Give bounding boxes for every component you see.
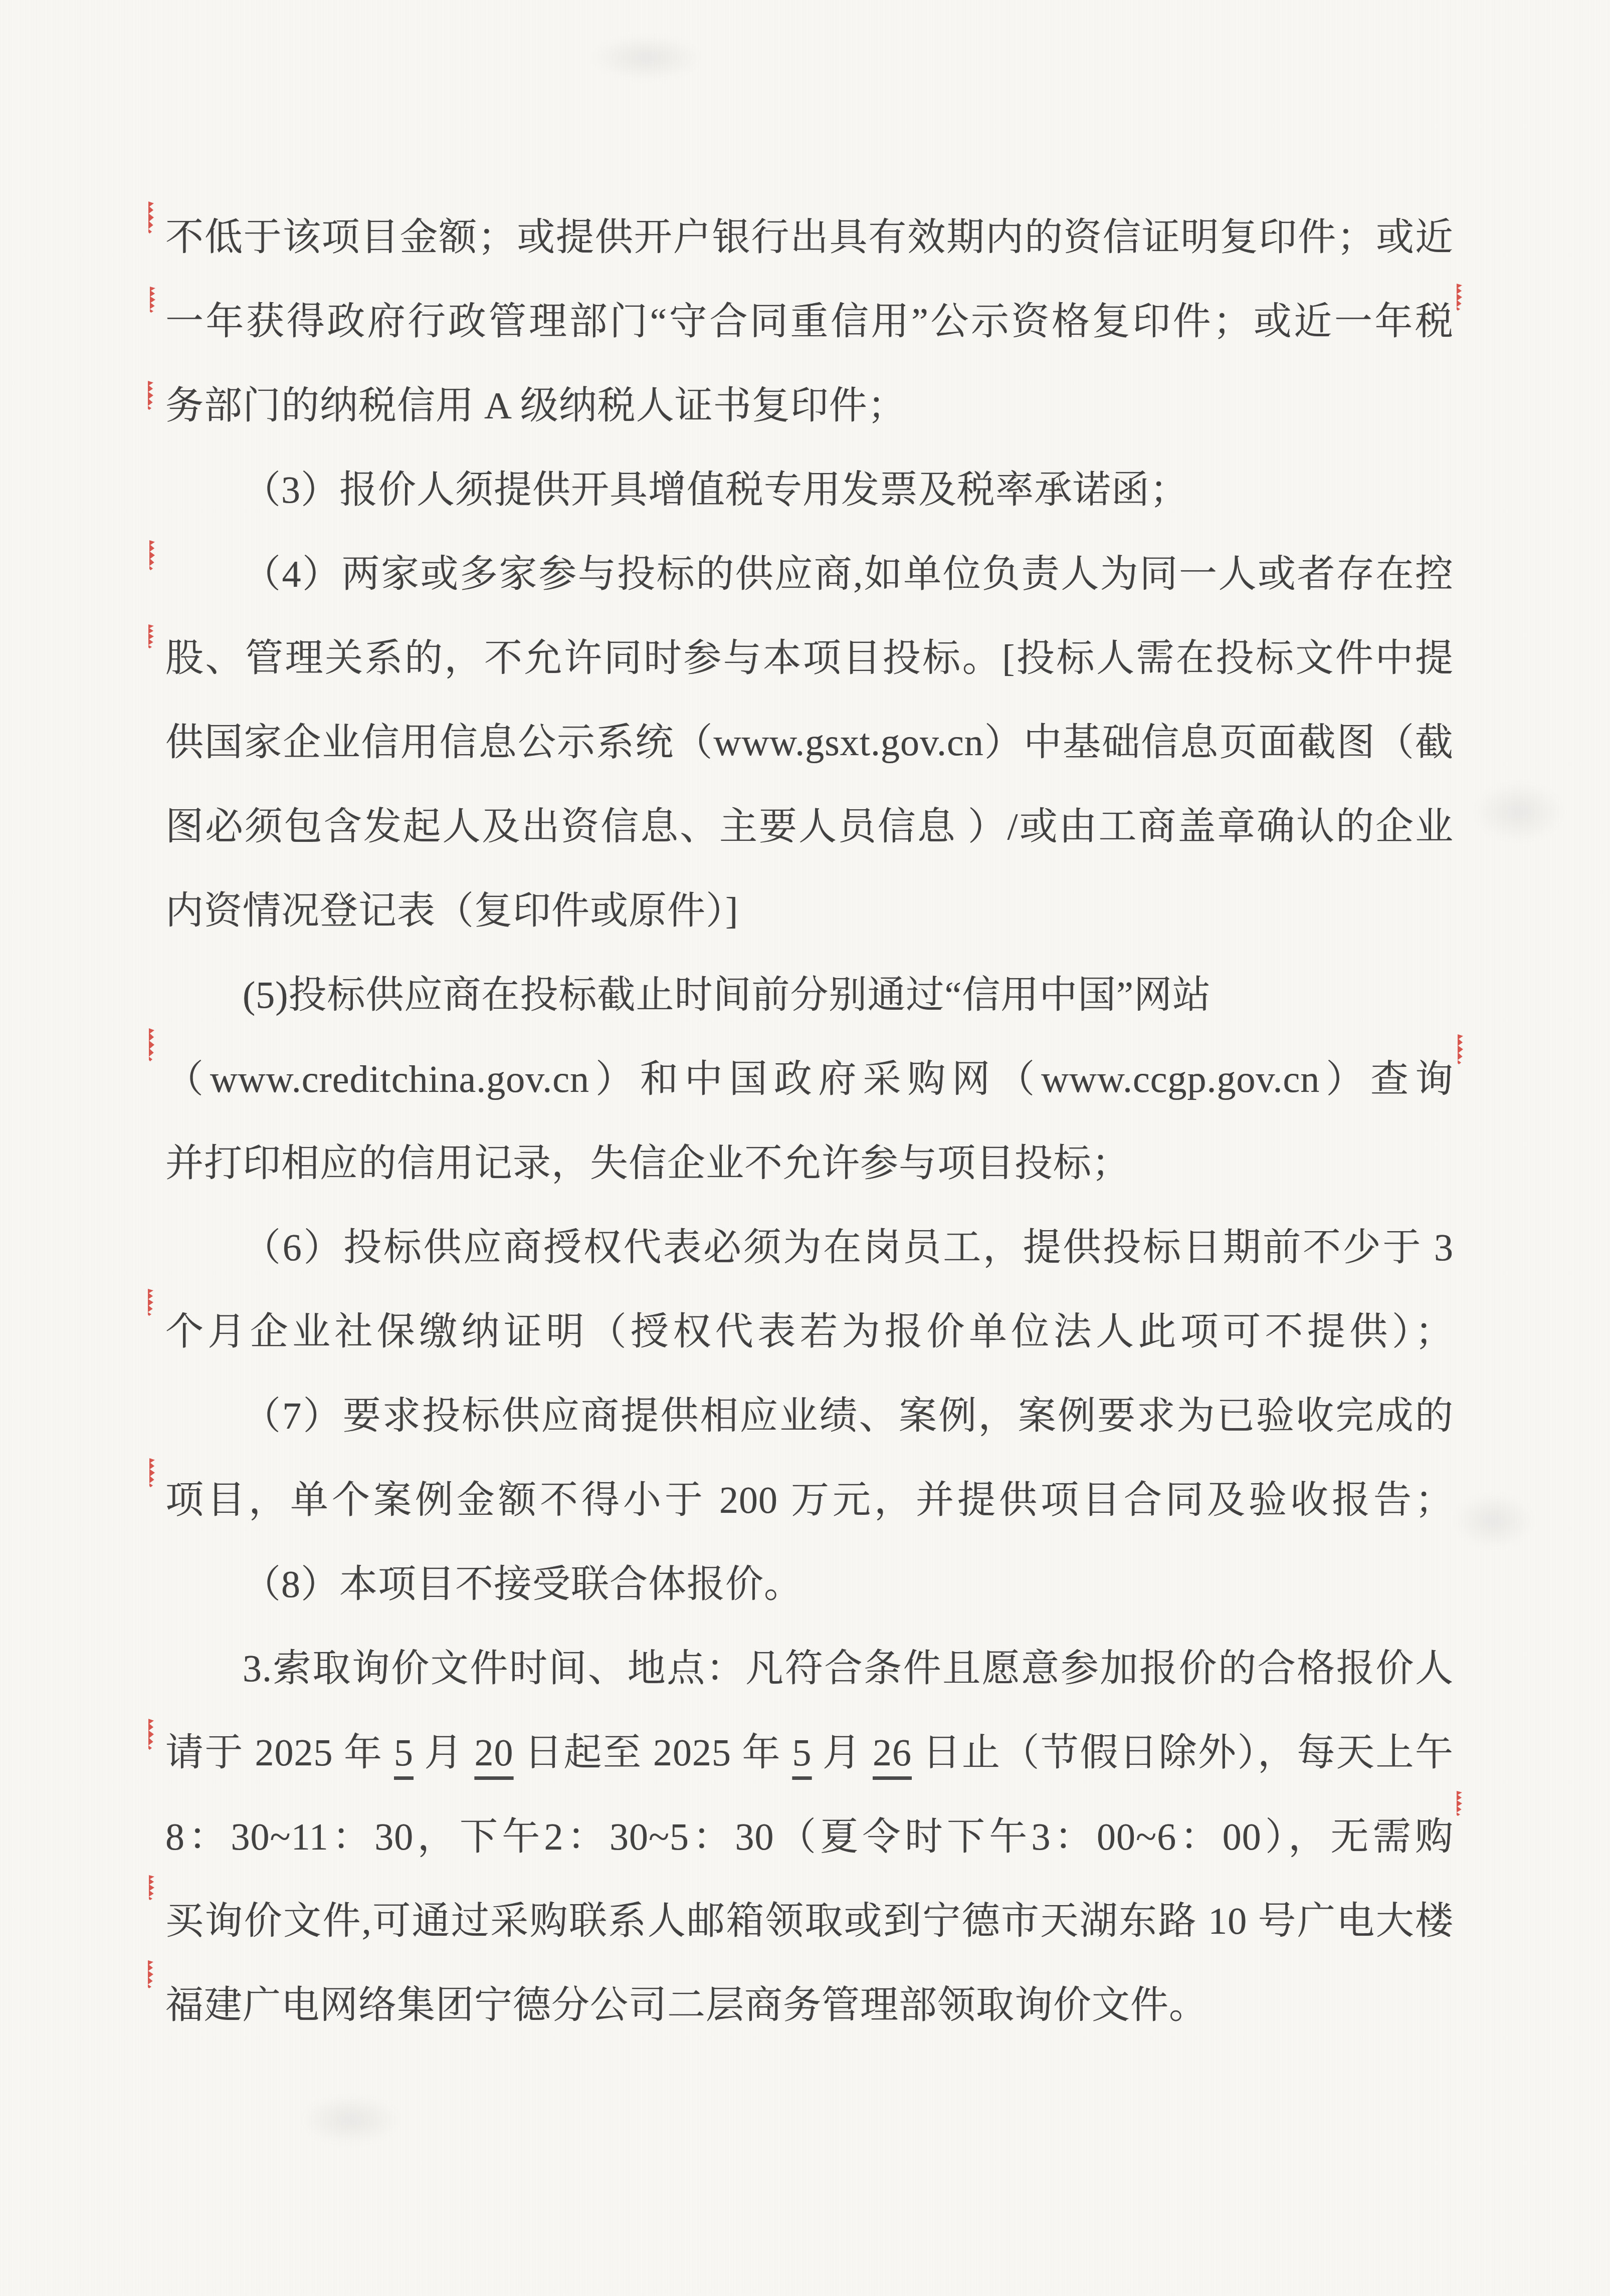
doc-line: 个月企业社保缴纳证明（授权代表若为报价单位法人此项可不提供）； <box>165 1295 1454 1379</box>
doc-line: （6）投标供应商授权代表必须为在岗员工，提供投标日期前不少于 3 <box>165 1211 1454 1295</box>
doc-line: 股、管理关系的，不允许同时参与本项目投标。[投标人需在投标文件中提 <box>165 621 1454 706</box>
doc-line: (5)投标供应商在投标截止时间前分别通过“信用中国”网站 <box>165 958 1454 1042</box>
red-edge-artifact <box>148 624 154 648</box>
doc-line-dates: 请于 2025 年 5 月 20 日起至 2025 年 5 月 26 日止（节假… <box>165 1716 1454 1800</box>
doc-line: （4）两家或多家参与投标的供应商,如单位负责人为同一人或者存在控 <box>165 537 1454 621</box>
doc-line: 内资情况登记表（复印件或原件）] <box>165 874 1454 958</box>
date-text: 日起至 2025 年 <box>514 1732 792 1774</box>
underlined-month-start: 5 <box>394 1732 414 1774</box>
doc-line: 一年获得政府行政管理部门“守合同重信用”公示资格复印件；或近一年税 <box>165 285 1454 369</box>
red-edge-artifact <box>1458 1034 1463 1064</box>
doc-line: （8）本项目不接受联合体报价。 <box>165 1547 1454 1632</box>
smudge <box>1454 1493 1534 1548</box>
document-text-block: 不低于该项目金额；或提供开户银行出具有效期内的资信证明复印件；或近 一年获得政府… <box>165 200 1454 2052</box>
date-text: 月 <box>812 1732 873 1774</box>
underlined-month-end: 5 <box>792 1732 812 1774</box>
doc-line: 不低于该项目金额；或提供开户银行出具有效期内的资信证明复印件；或近 <box>165 200 1454 285</box>
underlined-day-start: 20 <box>475 1732 514 1774</box>
scanned-page: 不低于该项目金额；或提供开户银行出具有效期内的资信证明复印件；或近 一年获得政府… <box>0 0 1610 2296</box>
date-text: 请于 2025 年 <box>165 1732 394 1774</box>
underlined-day-end: 26 <box>873 1732 912 1774</box>
smudge <box>1474 782 1564 842</box>
smudge <box>591 35 702 80</box>
red-edge-artifact <box>1457 1791 1462 1816</box>
date-text: 日止（节假日除外），每天上午 <box>912 1732 1454 1774</box>
red-edge-artifact <box>148 201 154 234</box>
doc-line: 福建广电网络集团宁德分公司二层商务管理部领取询价文件。 <box>165 1968 1454 2052</box>
doc-line: 并打印相应的信用记录，失信企业不允许参与项目投标； <box>165 1126 1454 1211</box>
red-edge-artifact <box>149 1028 154 1061</box>
red-edge-artifact <box>150 287 155 313</box>
doc-line: 8：30~11：30，下午2：30~5：30（夏令时下午3：00~6：00），无… <box>165 1800 1454 1884</box>
red-edge-artifact <box>1457 284 1462 311</box>
red-edge-artifact <box>149 1875 154 1900</box>
red-edge-artifact <box>149 540 155 570</box>
red-edge-artifact <box>148 1960 153 1988</box>
doc-line: 务部门的纳税信用 A 级纳税人证书复印件； <box>165 369 1454 453</box>
doc-line: 供国家企业信用信息公示系统（www.gsxt.gov.cn）中基础信息页面截图（… <box>165 706 1454 790</box>
doc-line: （7）要求投标供应商提供相应业绩、案例，案例要求为已验收完成的 <box>165 1379 1454 1463</box>
doc-line: （3）报价人须提供开具增值税专用发票及税率承诺函； <box>165 453 1454 537</box>
red-edge-artifact <box>148 1289 153 1316</box>
doc-line: （www.creditchina.gov.cn）和中国政府采购网（www.ccg… <box>165 1042 1454 1126</box>
red-edge-artifact <box>149 1458 155 1487</box>
smudge <box>301 2095 401 2145</box>
date-text: 月 <box>414 1732 475 1774</box>
doc-line: 图必须包含发起人及出资信息、主要人员信息 ）/或由工商盖章确认的企业 <box>165 790 1454 874</box>
red-edge-artifact <box>148 381 153 410</box>
doc-line: 项目，单个案例金额不得小于 200 万元，并提供项目合同及验收报告； <box>165 1463 1454 1547</box>
red-edge-artifact <box>148 1719 154 1750</box>
doc-line: 买询价文件,可通过采购联系人邮箱领取或到宁德市天湖东路 10 号广电大楼 <box>165 1884 1454 1968</box>
doc-line: 3.索取询价文件时间、地点：凡符合条件且愿意参加报价的合格报价人 <box>165 1632 1454 1716</box>
